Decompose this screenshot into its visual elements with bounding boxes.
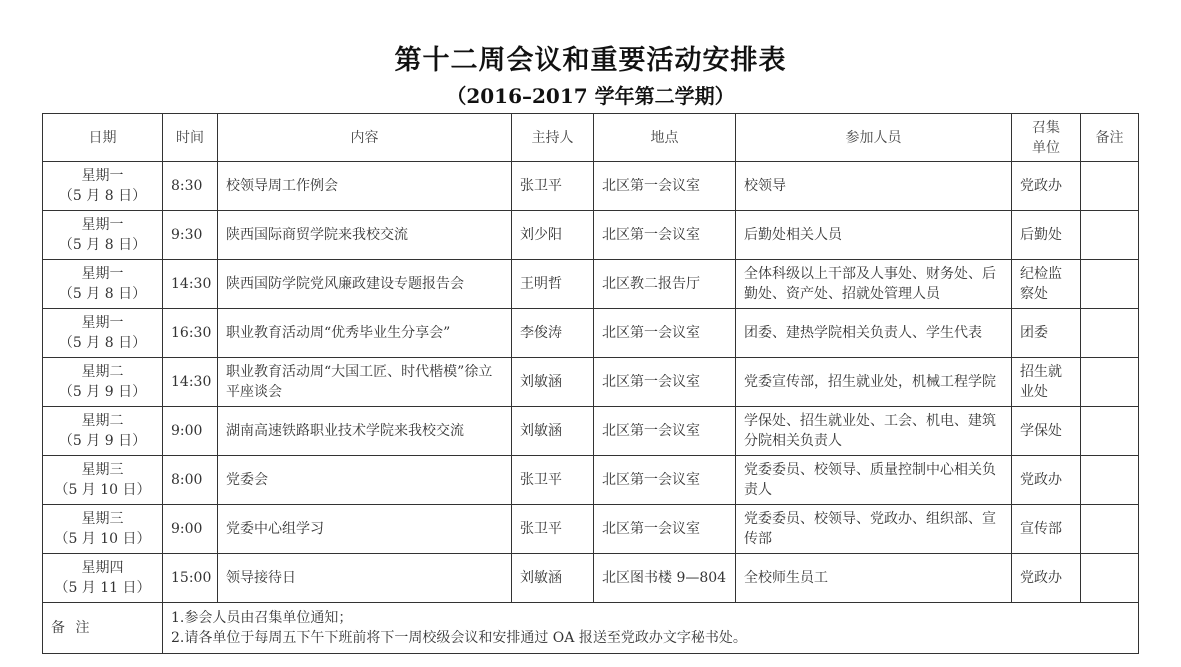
- table-row: 星期四（5 月 11 日）15:00领导接待日刘敏涵北区图书楼 9—804全校师…: [43, 554, 1139, 603]
- cell-date: 星期二（5 月 9 日）: [43, 358, 163, 407]
- notes-body: 1.参会人员由召集单位通知； 2.请各单位于每周五下午下班前将下一周校级会议和安…: [163, 603, 1139, 654]
- table-row: 星期三（5 月 10 日）8:00党委会张卫平北区第一会议室党委委员、校领导、质…: [43, 456, 1139, 505]
- cell-time: 16:30: [163, 309, 218, 358]
- cell-remarks: [1081, 505, 1139, 554]
- cell-attendees: 后勤处相关人员: [736, 211, 1012, 260]
- cell-host: 李俊涛: [512, 309, 594, 358]
- header-location: 地点: [594, 114, 736, 162]
- table-row: 星期一（5 月 8 日）9:30陕西国际商贸学院来我校交流刘少阳北区第一会议室后…: [43, 211, 1139, 260]
- cell-location: 北区第一会议室: [594, 505, 736, 554]
- header-remarks: 备注: [1081, 114, 1139, 162]
- cell-location: 北区第一会议室: [594, 358, 736, 407]
- cell-host: 刘敏涵: [512, 554, 594, 603]
- cell-date: 星期一（5 月 8 日）: [43, 162, 163, 211]
- weekday-label: 星期一: [51, 264, 154, 284]
- table-row: 星期一（5 月 8 日）14:30陕西国防学院党风廉政建设专题报告会王明哲北区教…: [43, 260, 1139, 309]
- table-row: 星期一（5 月 8 日）16:30职业教育活动周“优秀毕业生分享会”李俊涛北区第…: [43, 309, 1139, 358]
- header-row: 日期 时间 内容 主持人 地点 参加人员 召集单位 备注: [43, 114, 1139, 162]
- cell-attendees: 全体科级以上干部及人事处、财务处、后勤处、资产处、招就处管理人员: [736, 260, 1012, 309]
- cell-attendees: 全校师生员工: [736, 554, 1012, 603]
- cell-location: 北区第一会议室: [594, 211, 736, 260]
- date-label: （5 月 8 日）: [51, 186, 154, 206]
- note-line-1: 1.参会人员由召集单位通知；: [171, 608, 1130, 628]
- table-row: 星期二（5 月 9 日）9:00湖南高速铁路职业技术学院来我校交流刘敏涵北区第一…: [43, 407, 1139, 456]
- cell-time: 8:30: [163, 162, 218, 211]
- header-time: 时间: [163, 114, 218, 162]
- cell-time: 15:00: [163, 554, 218, 603]
- cell-time: 8:00: [163, 456, 218, 505]
- date-label: （5 月 10 日）: [51, 480, 154, 500]
- date-label: （5 月 8 日）: [51, 333, 154, 353]
- weekday-label: 星期二: [51, 362, 154, 382]
- weekday-label: 星期一: [51, 215, 154, 235]
- cell-unit: 宣传部: [1012, 505, 1081, 554]
- document-title: 第十二周会议和重要活动安排表: [0, 38, 1181, 77]
- cell-unit: 招生就业处: [1012, 358, 1081, 407]
- weekday-label: 星期一: [51, 166, 154, 186]
- cell-location: 北区第一会议室: [594, 162, 736, 211]
- notes-row: 备 注 1.参会人员由召集单位通知； 2.请各单位于每周五下午下班前将下一周校级…: [43, 603, 1139, 654]
- cell-attendees: 党委委员、校领导、质量控制中心相关负责人: [736, 456, 1012, 505]
- cell-time: 9:00: [163, 407, 218, 456]
- header-host: 主持人: [512, 114, 594, 162]
- weekday-label: 星期一: [51, 313, 154, 333]
- schedule-table: 日期 时间 内容 主持人 地点 参加人员 召集单位 备注 星期一（5 月 8 日…: [42, 113, 1139, 654]
- date-label: （5 月 10 日）: [51, 529, 154, 549]
- cell-host: 张卫平: [512, 456, 594, 505]
- cell-host: 张卫平: [512, 162, 594, 211]
- cell-content: 校领导周工作例会: [218, 162, 512, 211]
- note-line-2: 2.请各单位于每周五下午下班前将下一周校级会议和安排通过 OA 报送至党政办文字…: [171, 628, 1130, 648]
- cell-content: 党委中心组学习: [218, 505, 512, 554]
- notes-label: 备 注: [43, 603, 163, 654]
- cell-date: 星期一（5 月 8 日）: [43, 211, 163, 260]
- table-row: 星期三（5 月 10 日）9:00党委中心组学习张卫平北区第一会议室党委委员、校…: [43, 505, 1139, 554]
- date-label: （5 月 8 日）: [51, 284, 154, 304]
- cell-attendees: 校领导: [736, 162, 1012, 211]
- cell-remarks: [1081, 554, 1139, 603]
- cell-unit: 后勤处: [1012, 211, 1081, 260]
- cell-time: 14:30: [163, 260, 218, 309]
- cell-remarks: [1081, 309, 1139, 358]
- cell-unit: 纪检监察处: [1012, 260, 1081, 309]
- cell-content: 职业教育活动周“大国工匠、时代楷模”徐立平座谈会: [218, 358, 512, 407]
- cell-remarks: [1081, 211, 1139, 260]
- cell-host: 刘敏涵: [512, 358, 594, 407]
- cell-unit: 党政办: [1012, 554, 1081, 603]
- cell-content: 党委会: [218, 456, 512, 505]
- cell-time: 14:30: [163, 358, 218, 407]
- weekday-label: 星期二: [51, 411, 154, 431]
- cell-date: 星期一（5 月 8 日）: [43, 260, 163, 309]
- cell-attendees: 党委宣传部，招生就业处，机械工程学院: [736, 358, 1012, 407]
- cell-attendees: 学保处、招生就业处、工会、机电、建筑分院相关负责人: [736, 407, 1012, 456]
- cell-location: 北区图书楼 9—804: [594, 554, 736, 603]
- cell-date: 星期三（5 月 10 日）: [43, 505, 163, 554]
- cell-time: 9:00: [163, 505, 218, 554]
- cell-date: 星期一（5 月 8 日）: [43, 309, 163, 358]
- header-content: 内容: [218, 114, 512, 162]
- cell-content: 陕西国防学院党风廉政建设专题报告会: [218, 260, 512, 309]
- date-label: （5 月 11 日）: [51, 578, 154, 598]
- cell-attendees: 团委、建热学院相关负责人、学生代表: [736, 309, 1012, 358]
- cell-attendees: 党委委员、校领导、党政办、组织部、宣传部: [736, 505, 1012, 554]
- weekday-label: 星期四: [51, 558, 154, 578]
- weekday-label: 星期三: [51, 509, 154, 529]
- cell-unit: 团委: [1012, 309, 1081, 358]
- cell-remarks: [1081, 162, 1139, 211]
- cell-host: 张卫平: [512, 505, 594, 554]
- cell-location: 北区第一会议室: [594, 456, 736, 505]
- cell-remarks: [1081, 260, 1139, 309]
- date-label: （5 月 9 日）: [51, 431, 154, 451]
- date-label: （5 月 8 日）: [51, 235, 154, 255]
- cell-host: 王明哲: [512, 260, 594, 309]
- header-date: 日期: [43, 114, 163, 162]
- date-label: （5 月 9 日）: [51, 382, 154, 402]
- cell-host: 刘少阳: [512, 211, 594, 260]
- cell-content: 湖南高速铁路职业技术学院来我校交流: [218, 407, 512, 456]
- cell-location: 北区第一会议室: [594, 407, 736, 456]
- cell-remarks: [1081, 407, 1139, 456]
- cell-content: 职业教育活动周“优秀毕业生分享会”: [218, 309, 512, 358]
- document-subtitle: （2016–2017 学年第二学期）: [0, 80, 1181, 109]
- cell-content: 领导接待日: [218, 554, 512, 603]
- cell-date: 星期三（5 月 10 日）: [43, 456, 163, 505]
- cell-content: 陕西国际商贸学院来我校交流: [218, 211, 512, 260]
- cell-unit: 党政办: [1012, 162, 1081, 211]
- cell-remarks: [1081, 456, 1139, 505]
- cell-time: 9:30: [163, 211, 218, 260]
- weekday-label: 星期三: [51, 460, 154, 480]
- table-row: 星期二（5 月 9 日）14:30职业教育活动周“大国工匠、时代楷模”徐立平座谈…: [43, 358, 1139, 407]
- cell-unit: 学保处: [1012, 407, 1081, 456]
- cell-date: 星期四（5 月 11 日）: [43, 554, 163, 603]
- cell-unit: 党政办: [1012, 456, 1081, 505]
- cell-date: 星期二（5 月 9 日）: [43, 407, 163, 456]
- table-row: 星期一（5 月 8 日）8:30校领导周工作例会张卫平北区第一会议室校领导党政办: [43, 162, 1139, 211]
- header-attendees: 参加人员: [736, 114, 1012, 162]
- cell-remarks: [1081, 358, 1139, 407]
- header-unit: 召集单位: [1012, 114, 1081, 162]
- cell-location: 北区第一会议室: [594, 309, 736, 358]
- cell-host: 刘敏涵: [512, 407, 594, 456]
- cell-location: 北区教二报告厅: [594, 260, 736, 309]
